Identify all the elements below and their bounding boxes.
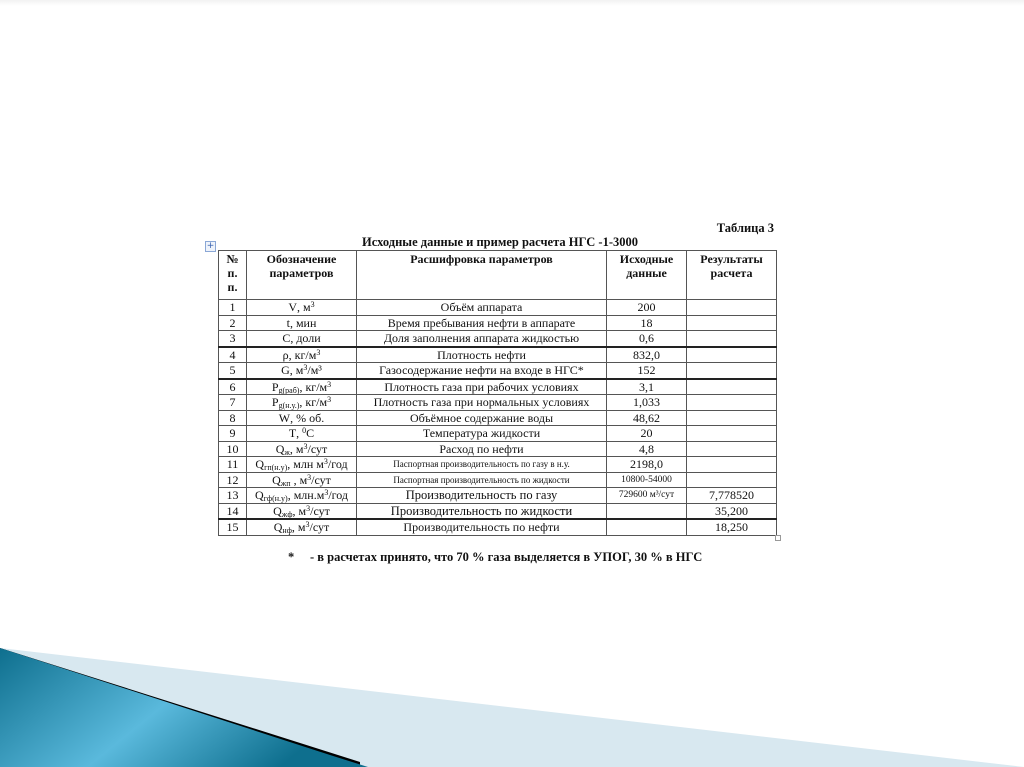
cell-designation: Qгп(н.у), млн м3/год (247, 457, 357, 473)
cell-number: 1 (219, 300, 247, 316)
cell-result-value: 35,200 (687, 503, 777, 519)
cell-description: Производительность по газу (357, 488, 607, 504)
cell-description: Плотность нефти (357, 347, 607, 363)
table-header-row: № п. п. Обозначение параметров Расшифров… (219, 251, 777, 300)
cell-description: Плотность газа при рабочих условиях (357, 379, 607, 395)
cell-description: Паспортная производительность по газу в … (357, 457, 607, 473)
cell-result-value (687, 426, 777, 442)
header-input-data: Исходные данные (607, 251, 687, 300)
table-row: 12Qжп , м3/сутПаспортная производительно… (219, 472, 777, 488)
table-resize-handle-icon[interactable] (775, 535, 781, 541)
cell-input-value: 729600 м³/сут (607, 488, 687, 504)
cell-input-value: 18 (607, 315, 687, 331)
cell-result-value (687, 472, 777, 488)
cell-designation: Pg(раб), кг/м3 (247, 379, 357, 395)
slide-top-edge (0, 0, 1024, 6)
cell-input-value: 4,8 (607, 441, 687, 457)
cell-input-value: 20 (607, 426, 687, 442)
cell-result-value (687, 379, 777, 395)
table-title: Исходные данные и пример расчета НГС -1-… (300, 235, 700, 250)
cell-designation: W, % об. (247, 410, 357, 426)
cell-result-value (687, 347, 777, 363)
cell-number: 7 (219, 395, 247, 411)
cell-designation: C, доли (247, 331, 357, 347)
cell-number: 10 (219, 441, 247, 457)
cell-number: 14 (219, 503, 247, 519)
header-description: Расшифровка параметров (357, 251, 607, 300)
cell-description: Температура жидкости (357, 426, 607, 442)
cell-description: Объёмное содержание воды (357, 410, 607, 426)
cell-description: Плотность газа при нормальных условиях (357, 395, 607, 411)
table-body: 1V, м3Объём аппарата2002t, минВремя преб… (219, 300, 777, 536)
cell-number: 13 (219, 488, 247, 504)
cell-description: Объём аппарата (357, 300, 607, 316)
cell-number: 15 (219, 519, 247, 535)
cell-designation: V, м3 (247, 300, 357, 316)
cell-result-value (687, 363, 777, 379)
footnote: *- в расчетах принято, что 70 % газа выд… (288, 550, 702, 565)
cell-input-value: 1,033 (607, 395, 687, 411)
header-results: Результаты расчета (687, 251, 777, 300)
table-caption: Таблица 3 (708, 221, 774, 236)
table-row: 7Pg(н.у.), кг/м3Плотность газа при норма… (219, 395, 777, 411)
table-row: 6Pg(раб), кг/м3Плотность газа при рабочи… (219, 379, 777, 395)
cell-input-value: 200 (607, 300, 687, 316)
cell-input-value: 2198,0 (607, 457, 687, 473)
cell-description: Время пребывания нефти в аппарате (357, 315, 607, 331)
cell-input-value (607, 503, 687, 519)
table-row: 14Qжф, м3/сутПроизводительность по жидко… (219, 503, 777, 519)
cell-designation: Pg(н.у.), кг/м3 (247, 395, 357, 411)
cell-designation: T, 0C (247, 426, 357, 442)
footnote-marker: * (288, 550, 310, 565)
table-move-handle-icon[interactable]: + (205, 241, 216, 252)
cell-result-value (687, 457, 777, 473)
table-row: 1V, м3Объём аппарата200 (219, 300, 777, 316)
cell-number: 6 (219, 379, 247, 395)
cell-number: 12 (219, 472, 247, 488)
cell-number: 8 (219, 410, 247, 426)
cell-result-value (687, 315, 777, 331)
cell-input-value: 48,62 (607, 410, 687, 426)
cell-designation: Qгф(н.у), млн.м3/год (247, 488, 357, 504)
cell-designation: t, мин (247, 315, 357, 331)
table-row: 8W, % об.Объёмное содержание воды48,62 (219, 410, 777, 426)
table-row: 4ρ, кг/м3Плотность нефти832,0 (219, 347, 777, 363)
header-number: № п. п. (219, 251, 247, 300)
cell-result-value: 18,250 (687, 519, 777, 535)
table-row: 2t, минВремя пребывания нефти в аппарате… (219, 315, 777, 331)
cell-number: 11 (219, 457, 247, 473)
cell-description: Производительность по нефти (357, 519, 607, 535)
table-row: 15Qнф, м3/сутПроизводительность по нефти… (219, 519, 777, 535)
cell-input-value: 3,1 (607, 379, 687, 395)
cell-number: 3 (219, 331, 247, 347)
cell-number: 4 (219, 347, 247, 363)
cell-description: Доля заполнения аппарата жидкостью (357, 331, 607, 347)
cell-description: Газосодержание нефти на входе в НГС* (357, 363, 607, 379)
cell-description: Производительность по жидкости (357, 503, 607, 519)
parameters-table: № п. п. Обозначение параметров Расшифров… (218, 250, 777, 536)
cell-input-value: 152 (607, 363, 687, 379)
footnote-text: - в расчетах принято, что 70 % газа выде… (310, 550, 702, 564)
table-row: 5G, м3/м³Газосодержание нефти на входе в… (219, 363, 777, 379)
cell-designation: Qнф, м3/сут (247, 519, 357, 535)
cell-designation: Qжп , м3/сут (247, 472, 357, 488)
cell-input-value: 0,6 (607, 331, 687, 347)
cell-number: 9 (219, 426, 247, 442)
table-row: 11Qгп(н.у), млн м3/годПаспортная произво… (219, 457, 777, 473)
cell-designation: G, м3/м³ (247, 363, 357, 379)
cell-description: Расход по нефти (357, 441, 607, 457)
cell-description: Паспортная производительность по жидкост… (357, 472, 607, 488)
cell-designation: ρ, кг/м3 (247, 347, 357, 363)
cell-result-value (687, 331, 777, 347)
cell-input-value: 832,0 (607, 347, 687, 363)
header-designation: Обозначение параметров (247, 251, 357, 300)
cell-designation: Qж, м3/сут (247, 441, 357, 457)
cell-result-value: 7,778520 (687, 488, 777, 504)
cell-input-value: 10800-54000 (607, 472, 687, 488)
cell-result-value (687, 410, 777, 426)
cell-input-value (607, 519, 687, 535)
table-row: 13Qгф(н.у), млн.м3/годПроизводительность… (219, 488, 777, 504)
table-row: 10Qж, м3/сутРасход по нефти4,8 (219, 441, 777, 457)
cell-result-value (687, 300, 777, 316)
cell-designation: Qжф, м3/сут (247, 503, 357, 519)
cell-number: 2 (219, 315, 247, 331)
table-row: 3C, долиДоля заполнения аппарата жидкост… (219, 331, 777, 347)
cell-result-value (687, 441, 777, 457)
table-row: 9T, 0CТемпература жидкости20 (219, 426, 777, 442)
cell-number: 5 (219, 363, 247, 379)
cell-result-value (687, 395, 777, 411)
